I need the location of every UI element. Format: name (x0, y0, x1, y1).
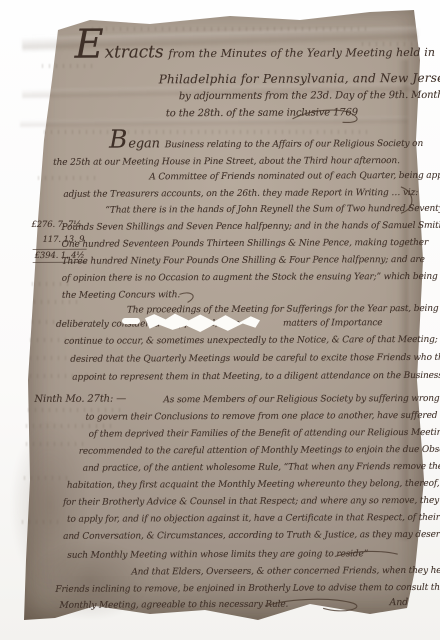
committee-line-1: A Committee of Friends nominated out of … (149, 171, 440, 183)
flourish-icon (291, 105, 363, 125)
sufferings-line-5: appoint to represent them in that Meetin… (72, 371, 440, 383)
began-line-2: the 25th at our Meeting House in Pine St… (53, 156, 400, 168)
margin-date-note: Ninth Mo. 27th: — (34, 393, 126, 404)
removals-line-9: and Conversation, & Circumstances, accor… (63, 530, 440, 542)
photo-of-manuscript: Extractsfrom the Minutes of the Yearly M… (0, 0, 440, 640)
sufferings-line-4: desired that the Quarterly Meetings woul… (70, 353, 440, 365)
squiggle-flourish-icon (178, 290, 208, 304)
committee-line-2: adjust the Treasurers accounts, on the 2… (63, 188, 418, 200)
damage-speck (122, 318, 140, 324)
report-line-2: Pounds Seven Shillings and Seven Pence h… (61, 221, 440, 233)
began-rest: Business relating to the Affairs of our … (165, 139, 423, 150)
report-line-5: of opinion there is no Occasion to augme… (62, 272, 440, 284)
heading-line-3: by adjournments from the 23d. Day of the… (179, 90, 440, 102)
report-line-3: One hundred Seventeen Pounds Thirteen Sh… (62, 238, 429, 250)
removals-line-2: to govern their Conclusions to remove fr… (85, 411, 440, 423)
catchword: And (389, 597, 408, 608)
report-line-6: the Meeting Concurs with. (62, 290, 180, 301)
removals-line-6: habitation, they first acquaint the Mont… (67, 479, 440, 491)
began-word: egan (128, 136, 160, 151)
dash-flourish-icon (333, 548, 401, 560)
began-initial: B (109, 129, 127, 149)
sufferings-line-1: The proceedings of the Meeting for Suffe… (127, 304, 439, 316)
report-line-1: “That there is in the hands of John Reyn… (105, 204, 440, 216)
margin-figure-2: 117. 13. 9 (43, 235, 85, 245)
report-line-4: Three hundred Ninety Four Pounds One Shi… (62, 255, 425, 267)
title-rest: from the Minutes of the Yearly Meeting h… (168, 46, 435, 60)
removals-line-10: such Monthly Meeting within whose limits… (67, 549, 368, 561)
loop-flourish-icon (263, 595, 373, 616)
removals-line-1: As some Members of our Religious Society… (163, 394, 440, 406)
removals-line-8: to apply for, and if no objection agains… (67, 513, 440, 525)
removals-line-4: recommended to the careful attention of … (79, 445, 440, 457)
removals-line-3: of them deprived their Families of the B… (89, 428, 440, 440)
margin-figure-total: £394. 1. 4½ (33, 249, 87, 263)
sufferings-line-3: continue to occur, & sometimes unexpecte… (64, 335, 440, 347)
closing-line-2: Friends inclining to remove, be enjoined… (55, 583, 440, 595)
began-line-1: BeganBusiness relating to the Affairs of… (109, 128, 423, 152)
margin-figure-1: £276. 7. 7½ (31, 220, 81, 230)
closing-line-1: And that Elders, Overseers, & other conc… (131, 566, 440, 578)
title-word: xtracts (105, 42, 164, 62)
heading-line-2: Philadelphia for Pennsylvania, and New J… (159, 71, 440, 87)
document-title-line: Extractsfrom the Minutes of the Yearly M… (74, 27, 435, 63)
title-initial: E (74, 29, 103, 61)
closing-line-3: Monthly Meeting, agreeable to this neces… (59, 600, 288, 611)
removals-line-5: and practice, of the antient wholesome R… (83, 462, 440, 474)
removals-line-7: for their Brotherly Advice & Counsel in … (63, 496, 440, 508)
sufferings-line-2b: matters of Importance (283, 318, 382, 329)
